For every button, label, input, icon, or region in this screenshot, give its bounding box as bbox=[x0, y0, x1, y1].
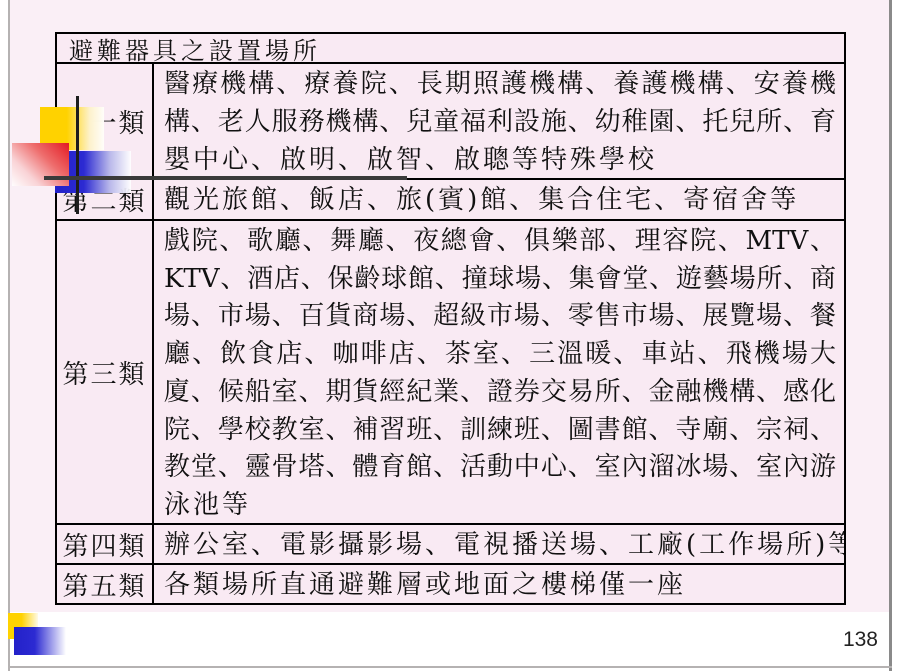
row-content: 辦公室、電影攝影場、電視播送場、工廠(工作場所)等 bbox=[154, 525, 844, 563]
row-content: 各類場所直通避難層或地面之樓梯僅一座 bbox=[154, 565, 844, 603]
ornament-horizontal-line bbox=[44, 176, 407, 180]
table-row: 第三類 戲院、歌廳、舞廳、夜總會、俱樂部、理容院、MTV、 KTV、酒店、保齡球… bbox=[57, 221, 844, 525]
row-label: 第五類 bbox=[57, 565, 154, 603]
slide-canvas: 避難器具之設置場所 第一類 醫療機構、療養院、長期照護機構、養護機構、安養機 構… bbox=[0, 0, 900, 671]
page-number: 138 bbox=[828, 628, 878, 652]
row-content: 觀光旅館、飯店、旅(賓)館、集合住宅、寄宿舍等 bbox=[154, 180, 844, 219]
left-edge-line bbox=[8, 0, 10, 671]
content-line: KTV、酒店、保齡球館、撞球場、集會堂、遊藝場所、商 bbox=[164, 261, 836, 299]
table-row: 第四類 辦公室、電影攝影場、電視播送場、工廠(工作場所)等 bbox=[57, 525, 844, 565]
placement-table: 避難器具之設置場所 第一類 醫療機構、療養院、長期照護機構、養護機構、安養機 構… bbox=[55, 32, 846, 605]
content-line: 場、市場、百貨商場、超級市場、零售市場、展覽場、餐 bbox=[164, 298, 836, 336]
content-line: 觀光旅館、飯店、旅(賓)館、集合住宅、寄宿舍等 bbox=[164, 181, 836, 219]
content-line: 各類場所直通避難層或地面之樓梯僅一座 bbox=[164, 566, 836, 603]
right-edge-line bbox=[889, 0, 892, 671]
content-line: 教堂、靈骨塔、體育館、活動中心、室內溜冰場、室內游 bbox=[164, 449, 836, 487]
content-line: 辦公室、電影攝影場、電視播送場、工廠(工作場所)等 bbox=[164, 526, 836, 563]
content-line: 院、學校教室、補習班、訓練班、圖書館、寺廟、宗祠、 bbox=[164, 412, 836, 450]
table-row: 第五類 各類場所直通避難層或地面之樓梯僅一座 bbox=[57, 565, 844, 603]
content-line: 戲院、歌廳、舞廳、夜總會、俱樂部、理容院、MTV、 bbox=[164, 223, 836, 261]
content-line: 泳池等 bbox=[164, 487, 836, 523]
content-line: 嬰中心、啟明、啟智、啟聰等特殊學校 bbox=[164, 141, 836, 178]
bottom-edge-line bbox=[8, 666, 892, 668]
row-content: 戲院、歌廳、舞廳、夜總會、俱樂部、理容院、MTV、 KTV、酒店、保齡球館、撞球… bbox=[154, 221, 844, 523]
row-content: 醫療機構、療養院、長期照護機構、養護機構、安養機 構、老人服務機構、兒童福利設施… bbox=[154, 64, 844, 178]
table-row: 第一類 醫療機構、療養院、長期照護機構、養護機構、安養機 構、老人服務機構、兒童… bbox=[57, 64, 844, 180]
content-line: 醫療機構、療養院、長期照護機構、養護機構、安養機 bbox=[164, 65, 836, 103]
ornament-blue-square-small bbox=[14, 627, 66, 655]
content-line: 廈、候船室、期貨經紀業、證券交易所、金融機構、感化 bbox=[164, 374, 836, 412]
table-title: 避難器具之設置場所 bbox=[57, 34, 844, 64]
row-label: 第三類 bbox=[57, 221, 154, 523]
content-line: 廳、飲食店、咖啡店、茶室、三溫暖、車站、飛機場大 bbox=[164, 336, 836, 374]
content-line: 構、老人服務機構、兒童福利設施、幼稚園、托兒所、育 bbox=[164, 103, 836, 141]
table-row: 第二類 觀光旅館、飯店、旅(賓)館、集合住宅、寄宿舍等 bbox=[57, 180, 844, 221]
ornament-vertical-line bbox=[76, 96, 79, 214]
row-label: 第四類 bbox=[57, 525, 154, 563]
